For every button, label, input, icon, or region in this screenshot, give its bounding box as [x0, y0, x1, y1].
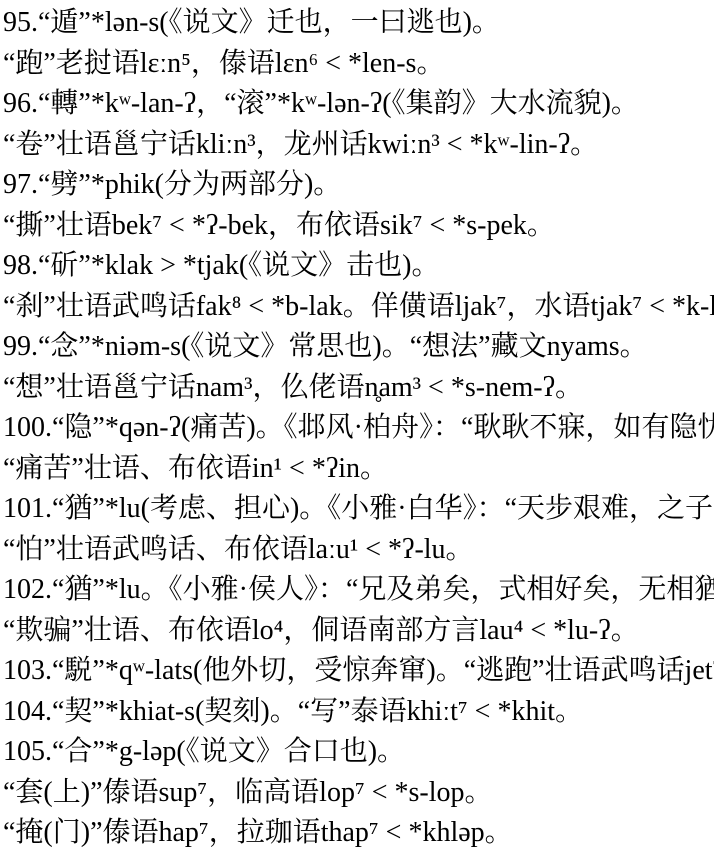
text-line-8: “刹”壮语武鸣话fak⁸ < *b-lak。佯僙语ljak⁷，水语tjak⁷ <… [3, 287, 712, 328]
text-line-16: “欺骗”壮语、布依语lo⁴，侗语南部方言lau⁴ < *lu-ʔ。 [3, 611, 712, 652]
text-line-6: “撕”壮语bek⁷ < *ʔ-bek，布依语sik⁷ < *s-pek。 [3, 206, 712, 247]
text-line-5: 97.“劈”*phik(分为两部分)。 [3, 165, 712, 206]
text-line-19: 105.“合”*g-ləp(《说文》合口也)。 [3, 732, 712, 773]
text-line-15: 102.“猶”*lu。《小雅·侯人》：“兄及弟矣，式相好矣，无相猶矣。”“猶”，… [3, 570, 712, 611]
text-line-14: “怕”壮语武鸣话、布依语laːu¹ < *ʔ-lu。 [3, 530, 712, 571]
document-page: 95.“遁”*lən-s(《说文》迁也，一曰逃也)。 “跑”老挝语lɛːn⁵，傣… [0, 0, 714, 856]
text-line-17: 103.“駾”*qʷ-lats(他外切，受惊奔窜)。“逃跑”壮语武鸣话jet⁷ … [3, 651, 712, 692]
text-line-11: 100.“隐”*qən-ʔ(痛苦)。《邶风·柏舟》：“耿耿不寐，如有隐忧。” [3, 408, 712, 449]
text-line-20: “套(上)”傣语sup⁷，临高语lop⁷ < *s-lop。 [3, 773, 712, 814]
text-line-1: 95.“遁”*lən-s(《说文》迁也，一曰逃也)。 [3, 3, 712, 44]
text-line-18: 104.“契”*khiat-s(契刻)。“写”泰语khiːt⁷ < *khit。 [3, 692, 712, 733]
text-line-10: “想”壮语邕宁话nam³，仫佬语n̥am³ < *s-nem-ʔ。 [3, 368, 712, 409]
text-line-12: “痛苦”壮语、布依语in¹ < *ʔin。 [3, 449, 712, 490]
text-line-2: “跑”老挝语lɛːn⁵，傣语lɛn⁶ < *len-s。 [3, 44, 712, 85]
text-line-4: “卷”壮语邕宁话kliːn³，龙州话kwiːn³ < *kʷ-lin-ʔ。 [3, 125, 712, 166]
text-line-7: 98.“斫”*klak > *tjak(《说文》击也)。 [3, 246, 712, 287]
text-line-13: 101.“猶”*lu(考虑、担心)。《小雅·白华》：“天步艰难，之子不猶。” [3, 489, 712, 530]
text-line-9: 99.“念”*niəm-s(《说文》常思也)。“想法”藏文nyams。 [3, 327, 712, 368]
text-line-3: 96.“轉”*kʷ-lan-ʔ，“滚”*kʷ-lən-ʔ(《集韵》大水流貌)。 [3, 84, 712, 125]
text-line-21: “掩(门)”傣语hap⁷，拉珈语thap⁷ < *khləp。 [3, 813, 712, 854]
